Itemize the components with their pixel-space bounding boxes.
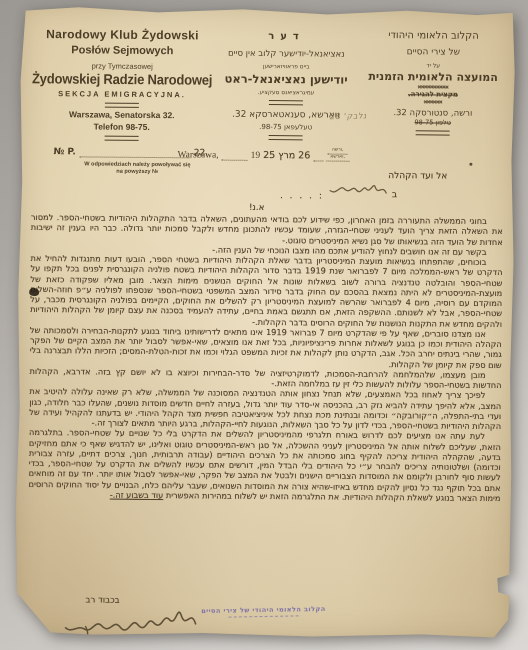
divider-rule [269, 135, 303, 140]
addressee-dots: . . . . : [280, 191, 324, 201]
body-paragraph: אנו מצדנו סוברים, שאף על פי שהדקרט מיום … [30, 325, 502, 370]
org-name-yiddish-1: דער [216, 31, 356, 45]
org-name-polish: Narodowy Klub Żydowski [26, 27, 218, 44]
council-name-hebrew: המועצה הלאומית הזמנית [358, 70, 508, 85]
struck-out-text: xxxxxxxxxx [358, 84, 508, 91]
phone-hebrew-struck: טלפון 98-75 [358, 118, 508, 127]
addressee-prefix: ב [392, 190, 397, 200]
council-name-polish: Żydowskiej Radzie Narodowej [26, 70, 218, 89]
dotted-line [222, 152, 248, 161]
section-polish: SEKCJA EMIGRACYJNA. [26, 89, 218, 100]
dotted-line [80, 148, 190, 158]
body-paragraph: לעת עתה אנו מציעים לכם לדרוש באורח תלגרפ… [28, 427, 501, 503]
dateline-month-typed: מרץ [278, 150, 295, 161]
reference-label: № P. [53, 147, 75, 157]
salutation: א.נ! [249, 203, 264, 213]
body-paragraph: בחוגי הממשלה התעוררה בזמן האחרון, כפי שי… [31, 212, 503, 247]
council-name-yiddish: יודישען נאציאנאל-ראט [216, 72, 356, 88]
divider-rule [105, 136, 139, 141]
dateline-row: Warszawa, 1925 מרץ 26 ורשה, וארשא, [177, 146, 349, 161]
body-paragraph: לפיכך צריך לאחוז בכל האמצעים, שלא תנחל נ… [29, 386, 501, 431]
dateline-year-typed: 25 [263, 150, 275, 161]
address-polish: Warszawa, Senatorska 32. [26, 109, 218, 121]
dateline-city-printed: Warszawa, [177, 150, 218, 160]
letter-body: בחוגי הממשלה התעוררה בזמן האחרון, כפי שי… [28, 212, 502, 503]
org-sub-hebrew: על יד [358, 62, 508, 71]
divider-rule [416, 130, 450, 135]
scan-background: Narodowy Klub Żydowski Posłów Sejmowych … [0, 0, 498, 631]
reference-note-line2: na powyższy № [47, 168, 227, 177]
dateline-city-stack: ורשה, וארשא, [326, 148, 349, 162]
letter-document: Narodowy Klub Żydowski Posłów Sejmowych … [13, 5, 516, 640]
org-name-yiddish-2: נאציאנאל-יודישער קלוב אין סיים [216, 48, 356, 60]
phone-yiddish: טעלעפאן 98-75. [216, 123, 356, 133]
body-last-paragraph: לעת עתה אנו מציעים לכם לדרוש באורח תלגרפ… [29, 427, 501, 503]
addressee-handwritten-row: ב . . . . : [247, 179, 397, 200]
divider-rule [269, 100, 303, 105]
ink-speck [469, 163, 472, 166]
phone-polish: Telefon 98-75. [26, 121, 218, 133]
reference-note: W odpowiedziach należy powoływać się na … [47, 161, 227, 177]
body-underlined-tail: עוד בשבוע זה.- [110, 489, 163, 499]
handwritten-word [326, 180, 390, 201]
dateline-day-typed: 26 [298, 150, 310, 161]
letterhead-yiddish: דער נאציאנאל-יודישער קלוב אין סיים ביים … [216, 31, 357, 141]
body-paragraph: בוכוחים, שהתפתחו בנשיאות מועצת המיניסטרי… [30, 253, 503, 329]
dateline-city-yiddish: וארשא, [326, 154, 349, 161]
section-yiddish: עמיגראציאנס סעקציע. [216, 89, 356, 97]
struck-out-text: xxxxxx [358, 99, 508, 106]
dateline-year-printed: 19 [251, 151, 261, 161]
org-name-hebrew-2: של צירי הסיים [358, 46, 508, 59]
org-name-polish-2: Posłów Sejmowych [26, 44, 218, 59]
handwritten-signature [54, 595, 206, 649]
org-sub-yiddish: ביים פראוויזארישען [216, 64, 356, 72]
letterhead-polish: Narodowy Klub Żydowski Posłów Sejmowych … [26, 27, 219, 142]
divider-rule [105, 102, 139, 107]
stamp-underline [229, 615, 299, 617]
letterhead-hebrew: הקלוב הלאומי היהודי של צירי הסיים על יד … [358, 28, 509, 136]
pencil-annotation: נלבק' 28 [330, 111, 367, 121]
org-name-hebrew-1: הקלוב הלאומי היהודי [358, 30, 508, 44]
dotted-line [313, 152, 323, 161]
